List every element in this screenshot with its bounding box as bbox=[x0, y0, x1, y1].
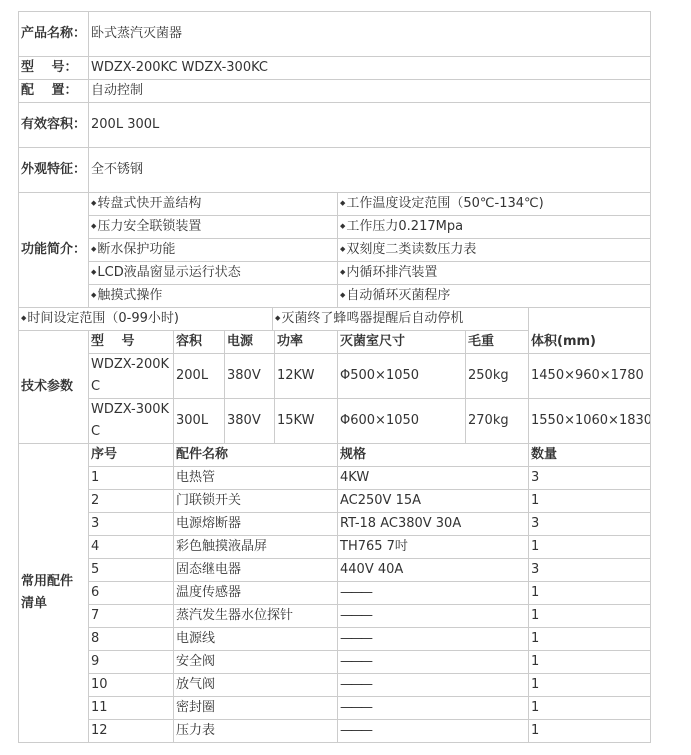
parts-row-4-spec: TH765 7吋 bbox=[337, 535, 529, 559]
parts-row-4-qty: 1 bbox=[528, 535, 651, 559]
tech-row1-volume: 200L bbox=[173, 353, 225, 399]
parts-row-9-qty: 1 bbox=[528, 650, 651, 674]
parts-row-11-index: 11 bbox=[88, 696, 174, 720]
product-name-label: 产品名称： bbox=[18, 11, 89, 57]
tech-row2-power-supply: 380V bbox=[224, 398, 275, 444]
feature-left-1: 转盘式快开盖结构 bbox=[88, 192, 338, 216]
feature-left-5: 触摸式操作 bbox=[88, 284, 338, 308]
parts-row-1-qty: 3 bbox=[528, 466, 651, 490]
tech-row1-weight: 250kg bbox=[465, 353, 529, 399]
feature-extra-left: 时间设定范围（0-99小时) bbox=[18, 307, 273, 331]
parts-row-8-spec: ——— bbox=[337, 627, 529, 651]
feature-right-4: 内循环排汽装置 bbox=[337, 261, 651, 285]
parts-row-11-spec: ——— bbox=[337, 696, 529, 720]
feature-extra-right: 灭菌终了蜂鸣器提醒后自动停机 bbox=[272, 307, 529, 331]
tech-row1-dimensions: 1450×960×1780 bbox=[528, 353, 651, 399]
parts-row-11-name: 密封圈 bbox=[173, 696, 338, 720]
parts-row-5-name: 固态继电器 bbox=[173, 558, 338, 582]
parts-header-qty: 数量 bbox=[528, 443, 651, 467]
parts-row-4-index: 4 bbox=[88, 535, 174, 559]
parts-row-2-qty: 1 bbox=[528, 489, 651, 513]
volume-label: 有效容积： bbox=[18, 102, 89, 148]
parts-row-9-spec: ——— bbox=[337, 650, 529, 674]
tech-header-dimensions: 体积(mm) bbox=[528, 307, 651, 354]
parts-row-6-qty: 1 bbox=[528, 581, 651, 605]
tech-row2-volume: 300L bbox=[173, 398, 225, 444]
tech-row2-weight: 270kg bbox=[465, 398, 529, 444]
tech-row1-chamber-size: Φ500×1050 bbox=[337, 353, 466, 399]
config-label: 配 置： bbox=[18, 79, 89, 103]
parts-row-12-index: 12 bbox=[88, 719, 174, 743]
parts-row-10-spec: ——— bbox=[337, 673, 529, 697]
tech-header-chamber-size: 灭菌室尺寸 bbox=[337, 330, 466, 354]
appearance-label: 外观特征： bbox=[18, 147, 89, 193]
tech-row2-model: WDZX-300KC bbox=[88, 398, 174, 444]
feature-right-1: 工作温度设定范围（50℃-134℃) bbox=[337, 192, 651, 216]
parts-row-2-index: 2 bbox=[88, 489, 174, 513]
tech-row1-power: 12KW bbox=[274, 353, 338, 399]
tech-row2-dimensions: 1550×1060×1830 bbox=[528, 398, 651, 444]
tech-row1-model: WDZX-200KC bbox=[88, 353, 174, 399]
parts-row-7-index: 7 bbox=[88, 604, 174, 628]
tech-label: 技术参数 bbox=[18, 330, 89, 444]
tech-row1-power-supply: 380V bbox=[224, 353, 275, 399]
parts-row-5-index: 5 bbox=[88, 558, 174, 582]
parts-row-12-name: 压力表 bbox=[173, 719, 338, 743]
product-name-value: 卧式蒸汽灭菌器 bbox=[88, 11, 651, 57]
config-value: 自动控制 bbox=[88, 79, 651, 103]
tech-header-power-supply: 电源 bbox=[224, 330, 275, 354]
parts-row-12-spec: ——— bbox=[337, 719, 529, 743]
parts-row-6-name: 温度传感器 bbox=[173, 581, 338, 605]
tech-header-model: 型 号 bbox=[88, 330, 174, 354]
parts-row-5-spec: 440V 40A bbox=[337, 558, 529, 582]
feature-left-4: LCD液晶窗显示运行状态 bbox=[88, 261, 338, 285]
parts-row-12-qty: 1 bbox=[528, 719, 651, 743]
feature-left-2: 压力安全联锁装置 bbox=[88, 215, 338, 239]
appearance-value: 全不锈钢 bbox=[88, 147, 651, 193]
feature-right-5: 自动循环灭菌程序 bbox=[337, 284, 651, 308]
parts-row-8-name: 电源线 bbox=[173, 627, 338, 651]
tech-header-weight: 毛重 bbox=[465, 330, 529, 354]
parts-row-2-name: 门联锁开关 bbox=[173, 489, 338, 513]
parts-row-3-name: 电源熔断器 bbox=[173, 512, 338, 536]
parts-row-9-name: 安全阀 bbox=[173, 650, 338, 674]
tech-header-power: 功率 bbox=[274, 330, 338, 354]
parts-row-9-index: 9 bbox=[88, 650, 174, 674]
tech-header-volume: 容积 bbox=[173, 330, 225, 354]
model-label: 型 号： bbox=[18, 56, 89, 80]
parts-row-7-spec: ——— bbox=[337, 604, 529, 628]
parts-row-7-qty: 1 bbox=[528, 604, 651, 628]
parts-row-2-spec: AC250V 15A bbox=[337, 489, 529, 513]
parts-header-name: 配件名称 bbox=[173, 443, 338, 467]
parts-row-3-qty: 3 bbox=[528, 512, 651, 536]
parts-row-6-spec: ——— bbox=[337, 581, 529, 605]
feature-left-3: 断水保护功能 bbox=[88, 238, 338, 262]
parts-header-spec: 规格 bbox=[337, 443, 529, 467]
parts-row-10-index: 10 bbox=[88, 673, 174, 697]
parts-row-6-index: 6 bbox=[88, 581, 174, 605]
parts-row-1-spec: 4KW bbox=[337, 466, 529, 490]
parts-row-1-name: 电热管 bbox=[173, 466, 338, 490]
parts-row-5-qty: 3 bbox=[528, 558, 651, 582]
parts-row-7-name: 蒸汽发生器水位探针 bbox=[173, 604, 338, 628]
parts-row-4-name: 彩色触摸液晶屏 bbox=[173, 535, 338, 559]
parts-row-10-name: 放气阀 bbox=[173, 673, 338, 697]
feature-right-2: 工作压力0.217Mpa bbox=[337, 215, 651, 239]
parts-label: 常用配件清单 bbox=[18, 443, 89, 743]
parts-row-8-qty: 1 bbox=[528, 627, 651, 651]
tech-row2-power: 15KW bbox=[274, 398, 338, 444]
parts-row-1-index: 1 bbox=[88, 466, 174, 490]
parts-row-10-qty: 1 bbox=[528, 673, 651, 697]
volume-value: 200L 300L bbox=[88, 102, 651, 148]
parts-row-8-index: 8 bbox=[88, 627, 174, 651]
features-label: 功能简介： bbox=[18, 192, 89, 308]
parts-header-index: 序号 bbox=[88, 443, 174, 467]
parts-row-11-qty: 1 bbox=[528, 696, 651, 720]
parts-row-3-index: 3 bbox=[88, 512, 174, 536]
feature-right-3: 双刻度二类读数压力表 bbox=[337, 238, 651, 262]
parts-row-3-spec: RT-18 AC380V 30A bbox=[337, 512, 529, 536]
model-value: WDZX-200KC WDZX-300KC bbox=[88, 56, 651, 80]
tech-row2-chamber-size: Φ600×1050 bbox=[337, 398, 466, 444]
